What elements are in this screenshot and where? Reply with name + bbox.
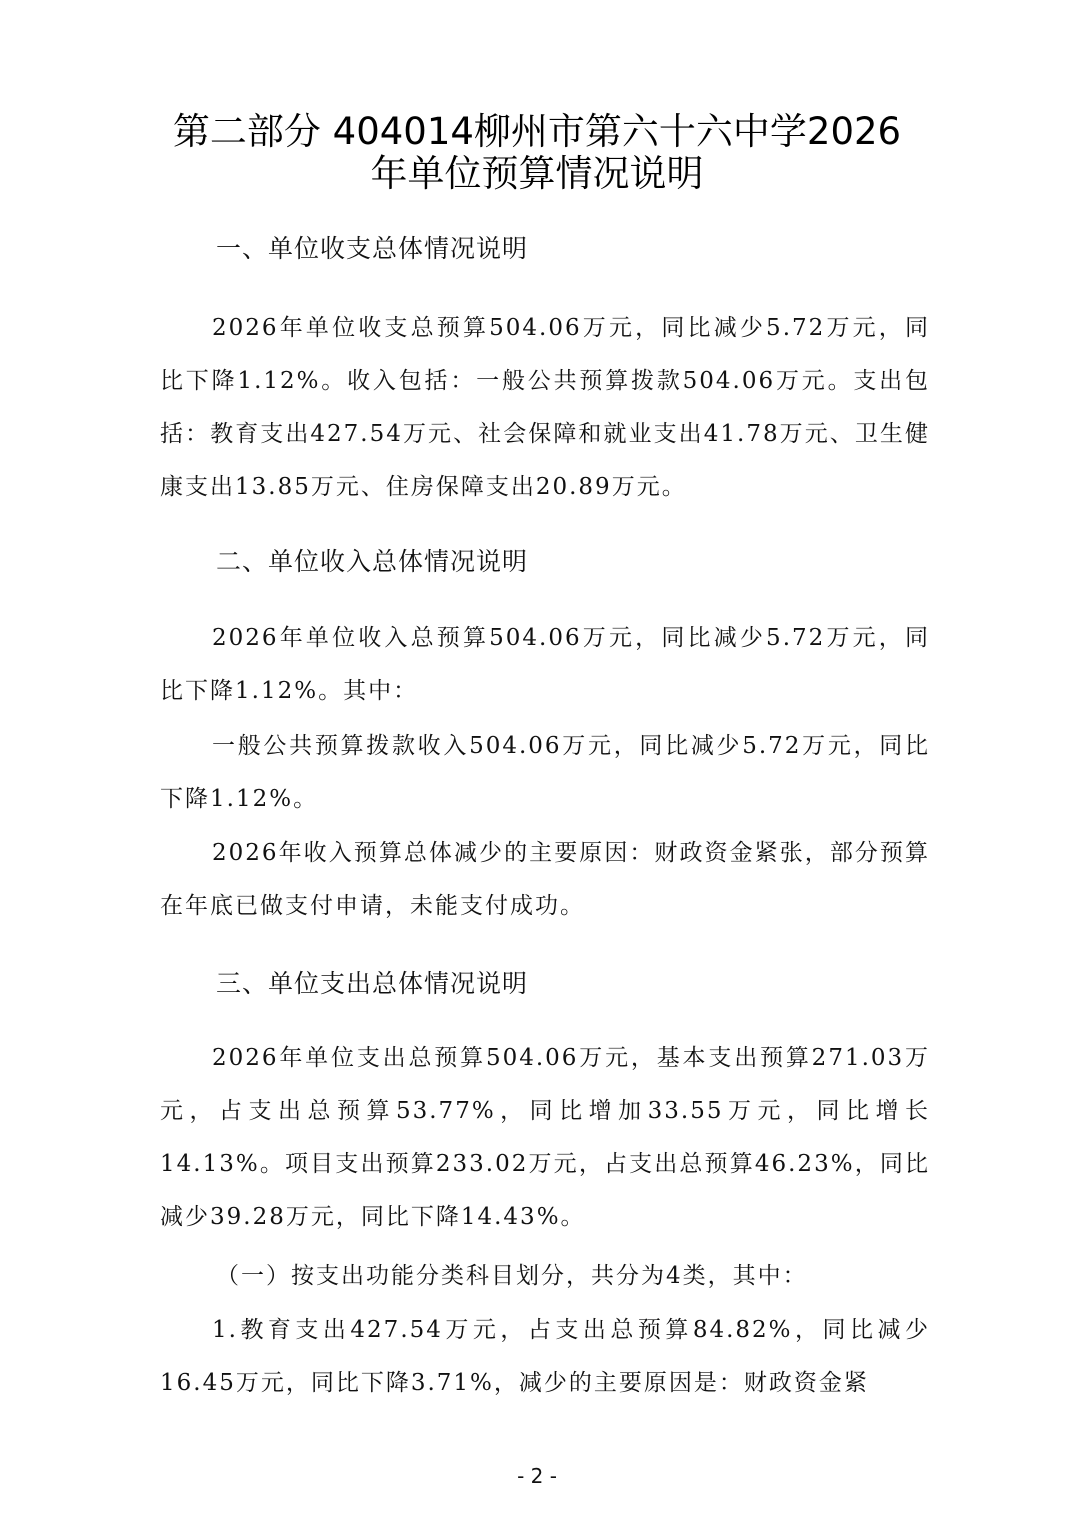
- paragraph: 2026年单位收支总预算504.06万元，同比减少5.72万元，同比下降1.12…: [160, 302, 930, 514]
- paragraph: 2026年单位支出总预算504.06万元，基本支出预算271.03万元，占支出总…: [160, 1032, 930, 1244]
- page-number: - 2 -: [0, 1464, 1074, 1488]
- paragraph: 2026年收入预算总体减少的主要原因：财政资金紧张，部分预算在年底已做支付申请，…: [160, 827, 930, 933]
- paragraph: 一般公共预算拨款收入504.06万元，同比减少5.72万元，同比下降1.12%。: [160, 720, 930, 826]
- section-heading-1: 一、单位收支总体情况说明: [216, 233, 528, 265]
- section-heading-2: 二、单位收入总体情况说明: [216, 546, 528, 578]
- title-line-1: 第二部分 404014柳州市第六十六中学2026: [0, 108, 1074, 155]
- paragraph: 2026年单位收入总预算504.06万元，同比减少5.72万元，同比下降1.12…: [160, 612, 930, 718]
- section-heading-3: 三、单位支出总体情况说明: [216, 968, 528, 1000]
- title-line-2: 年单位预算情况说明: [0, 150, 1074, 197]
- paragraph: 1.教育支出427.54万元，占支出总预算84.82%，同比减少16.45万元，…: [160, 1304, 930, 1410]
- paragraph: （一）按支出功能分类科目划分，共分为4类，其中：: [160, 1250, 930, 1303]
